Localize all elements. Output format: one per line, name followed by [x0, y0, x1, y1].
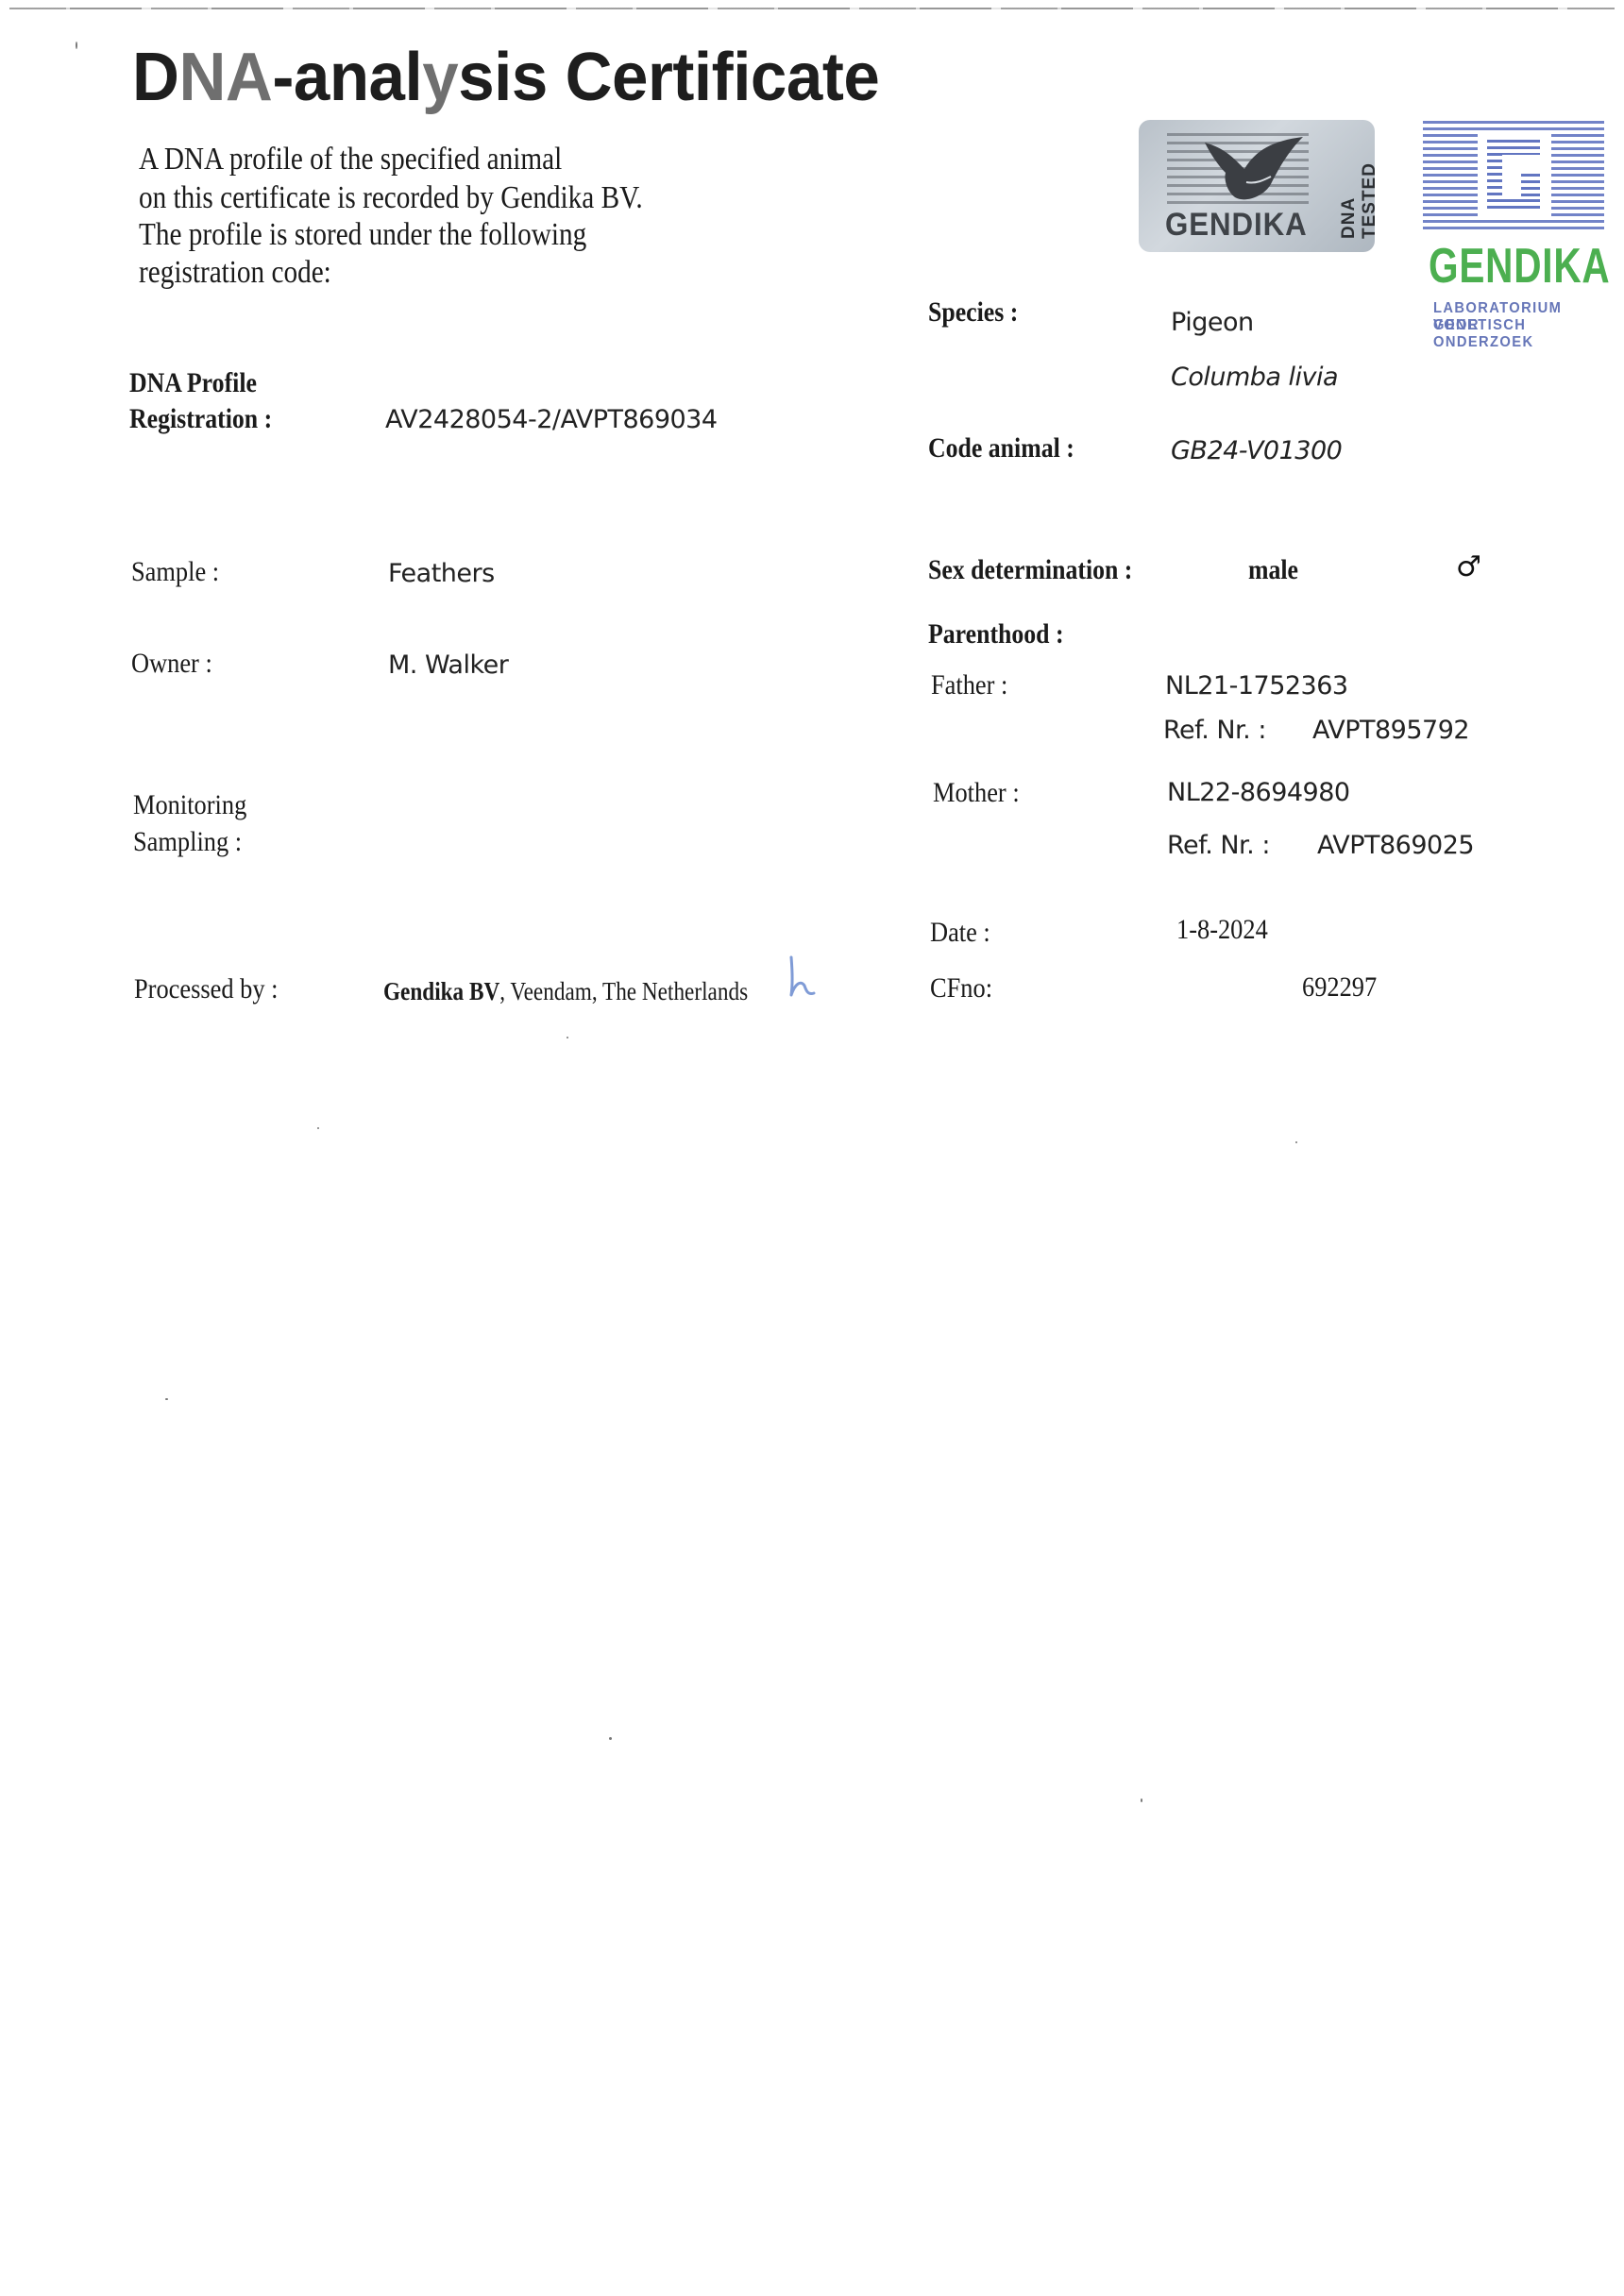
monitoring-label-2: Sampling :: [133, 828, 242, 856]
scan-speck: [609, 1737, 612, 1740]
title-y: y: [422, 40, 458, 115]
scan-top-edge: [9, 8, 1615, 9]
processed-by-company: Gendika BV: [383, 977, 499, 1005]
mother-label: Mother :: [933, 779, 1020, 807]
father-label: Father :: [931, 671, 1007, 700]
sex-value: male: [1248, 556, 1298, 584]
owner-value: M. Walker: [388, 652, 508, 678]
date-label: Date :: [930, 919, 990, 947]
pen-initial-mark: [782, 954, 820, 1001]
title-rest: sis Certificate: [458, 40, 879, 115]
gendika-g-icon: [1478, 132, 1551, 219]
male-symbol-icon: ♂: [1456, 553, 1481, 582]
processed-by-value: Gendika BV, Veendam, The Netherlands: [383, 979, 748, 1004]
sticker-tag: DNA TESTED: [1339, 162, 1375, 239]
cfno-label: CFno:: [930, 974, 992, 1003]
species-latin-value: Columba livia: [1171, 364, 1338, 390]
sample-value: Feathers: [388, 561, 495, 586]
scan-speck: [1141, 1798, 1142, 1802]
processed-by-label: Processed by :: [134, 975, 279, 1004]
code-animal-label: Code animal :: [928, 434, 1074, 463]
sticker-brand: GENDIKA: [1165, 207, 1308, 244]
parenthood-label: Parenthood :: [928, 620, 1064, 649]
dna-profile-label-2: Registration :: [129, 405, 272, 433]
monitoring-label-1: Monitoring: [133, 791, 246, 819]
title-anal: -anal: [272, 40, 422, 115]
processed-by-location: , Veendam, The Netherlands: [499, 977, 748, 1005]
intro-line-2: on this certificate is recorded by Gendi…: [139, 182, 643, 214]
intro-line-4: registration code:: [139, 257, 331, 289]
gendika-logo-text: GENDIKA: [1429, 238, 1611, 295]
mother-ref-value: AVPT869025: [1317, 833, 1474, 858]
dna-profile-label-1: DNA Profile: [129, 369, 257, 397]
sample-label: Sample :: [131, 558, 219, 586]
species-label: Species :: [928, 298, 1018, 327]
father-ref-label: Ref. Nr. :: [1163, 717, 1266, 743]
sex-determination-label: Sex determination :: [928, 556, 1132, 584]
scan-speck: [165, 1398, 168, 1400]
intro-line-3: The profile is stored under the followin…: [139, 219, 586, 251]
scan-speck: [1295, 1141, 1297, 1143]
title-d: D: [132, 40, 178, 115]
mother-value: NL22-8694980: [1167, 780, 1350, 805]
intro-line-1: A DNA profile of the specified animal: [139, 143, 562, 176]
father-value: NL21-1752363: [1165, 673, 1348, 699]
date-value: 1-8-2024: [1176, 916, 1268, 944]
dna-profile-value: AV2428054-2/AVPT869034: [385, 407, 718, 432]
dna-tested-sticker: GENDIKA DNA TESTED: [1139, 120, 1375, 252]
scan-speck: [567, 1037, 568, 1038]
gendika-subtitle-2: GENETISCH ONDERZOEK: [1433, 317, 1609, 351]
scan-speck: [76, 42, 77, 49]
gendika-logo-mark: [1423, 121, 1604, 232]
code-animal-value: GB24-V01300: [1171, 438, 1342, 464]
species-common-value: Pigeon: [1171, 310, 1254, 335]
pigeon-icon: [1197, 131, 1311, 207]
owner-label: Owner :: [131, 650, 212, 678]
cfno-value: 692297: [1302, 973, 1377, 1002]
father-ref-value: AVPT895792: [1312, 717, 1469, 743]
page-title: DNA-analysis Certificate: [132, 43, 879, 111]
scan-speck: [317, 1127, 319, 1129]
mother-ref-label: Ref. Nr. :: [1167, 833, 1270, 858]
title-na: NA: [178, 40, 272, 115]
